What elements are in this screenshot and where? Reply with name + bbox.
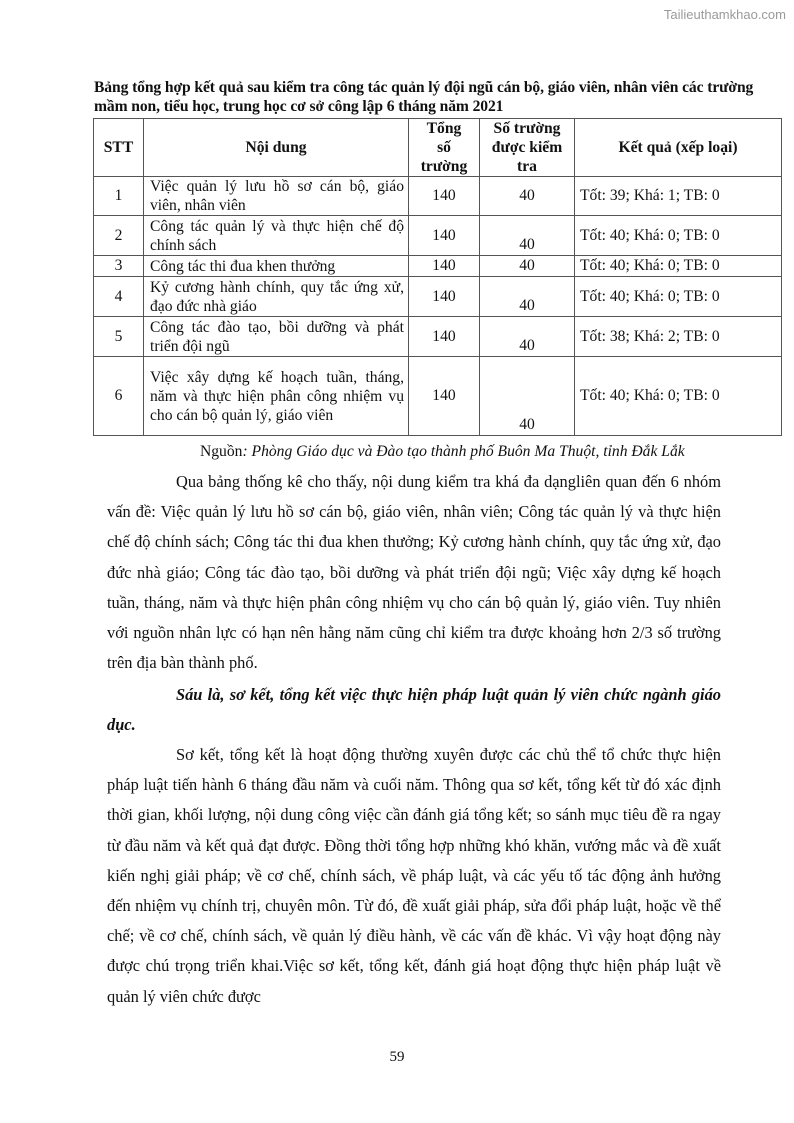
cell-noi-dung: Kỷ cương hành chính, quy tắc ứng xử, đạo…: [144, 277, 409, 317]
header-tong-so-truong: Tổng số trường: [409, 119, 480, 177]
cell-stt: 4: [94, 277, 144, 317]
table-row: 3 Công tác thi đua khen thưởng 140 40 Tố…: [94, 256, 782, 277]
header-line: Số trường: [480, 119, 574, 138]
table-row: 4 Kỷ cương hành chính, quy tắc ứng xử, đ…: [94, 277, 782, 317]
cell-ket-qua: Tốt: 39; Khá: 1; TB: 0: [575, 177, 782, 216]
paragraph-review: Sơ kết, tổng kết là hoạt động thường xuy…: [107, 740, 721, 1012]
heading-text: Sáu là, sơ kết, tổng kết việc thực hiện …: [107, 685, 721, 734]
paragraph-text: Qua bảng thống kê cho thấy, nội dung kiể…: [107, 472, 721, 672]
cell-stt: 5: [94, 317, 144, 357]
cell-tong: 140: [409, 317, 480, 357]
paragraph-summary: Qua bảng thống kê cho thấy, nội dung kiể…: [107, 467, 721, 678]
header-noi-dung: Nội dung: [144, 119, 409, 177]
cell-so: 40: [480, 256, 575, 277]
cell-ket-qua: Tốt: 40; Khá: 0; TB: 0: [575, 277, 782, 317]
cell-ket-qua: Tốt: 38; Khá: 2; TB: 0: [575, 317, 782, 357]
cell-stt: 6: [94, 357, 144, 436]
cell-ket-qua: Tốt: 40; Khá: 0; TB: 0: [575, 357, 782, 436]
cell-so: 40: [480, 216, 575, 256]
table-row: 5 Công tác đào tạo, bồi dưỡng và phát tr…: [94, 317, 782, 357]
header-line: số: [409, 138, 479, 157]
cell-noi-dung: Công tác thi đua khen thưởng: [144, 256, 409, 277]
cell-stt: 1: [94, 177, 144, 216]
cell-noi-dung: Việc quản lý lưu hồ sơ cán bộ, giáo viên…: [144, 177, 409, 216]
cell-so: 40: [480, 357, 575, 436]
header-line: được kiểm: [480, 138, 574, 157]
cell-tong: 140: [409, 277, 480, 317]
cell-tong: 140: [409, 177, 480, 216]
source-text: : Phòng Giáo dục và Đào tạo thành phố Bu…: [242, 443, 684, 460]
table-row: 6 Việc xây dựng kế hoạch tuần, tháng, nă…: [94, 357, 782, 436]
header-stt: STT: [94, 119, 144, 177]
page-number: 59: [0, 1049, 794, 1066]
header-line: Tổng: [409, 119, 479, 138]
cell-so: 40: [480, 277, 575, 317]
table-header-row: STT Nội dung Tổng số trường Số trường đư…: [94, 119, 782, 177]
header-so-truong-kiem-tra: Số trường được kiểm tra: [480, 119, 575, 177]
header-line: trường: [409, 157, 479, 176]
table-source: Nguồn: Phòng Giáo dục và Đào tạo thành p…: [200, 443, 685, 461]
cell-noi-dung: Công tác quản lý và thực hiện chế độ chí…: [144, 216, 409, 256]
results-table: STT Nội dung Tổng số trường Số trường đư…: [93, 118, 782, 436]
table-caption: Bảng tổng hợp kết quả sau kiểm tra công …: [94, 78, 774, 116]
cell-so: 40: [480, 177, 575, 216]
cell-stt: 3: [94, 256, 144, 277]
table-row: 2 Công tác quản lý và thực hiện chế độ c…: [94, 216, 782, 256]
cell-ket-qua: Tốt: 40; Khá: 0; TB: 0: [575, 256, 782, 277]
cell-tong: 140: [409, 357, 480, 436]
header-ket-qua: Kết quả (xếp loại): [575, 119, 782, 177]
cell-noi-dung: Công tác đào tạo, bồi dưỡng và phát triể…: [144, 317, 409, 357]
cell-noi-dung: Việc xây dựng kế hoạch tuần, tháng, năm …: [144, 357, 409, 436]
cell-stt: 2: [94, 216, 144, 256]
header-line: tra: [480, 157, 574, 176]
watermark: Tailieuthamkhao.com: [664, 7, 786, 22]
cell-ket-qua: Tốt: 40; Khá: 0; TB: 0: [575, 216, 782, 256]
cell-so: 40: [480, 317, 575, 357]
cell-tong: 140: [409, 256, 480, 277]
source-label: Nguồn: [200, 443, 242, 460]
cell-tong: 140: [409, 216, 480, 256]
table-row: 1 Việc quản lý lưu hồ sơ cán bộ, giáo vi…: [94, 177, 782, 216]
paragraph-text: Sơ kết, tổng kết là hoạt động thường xuy…: [107, 745, 721, 1006]
section-heading: Sáu là, sơ kết, tổng kết việc thực hiện …: [107, 680, 721, 740]
